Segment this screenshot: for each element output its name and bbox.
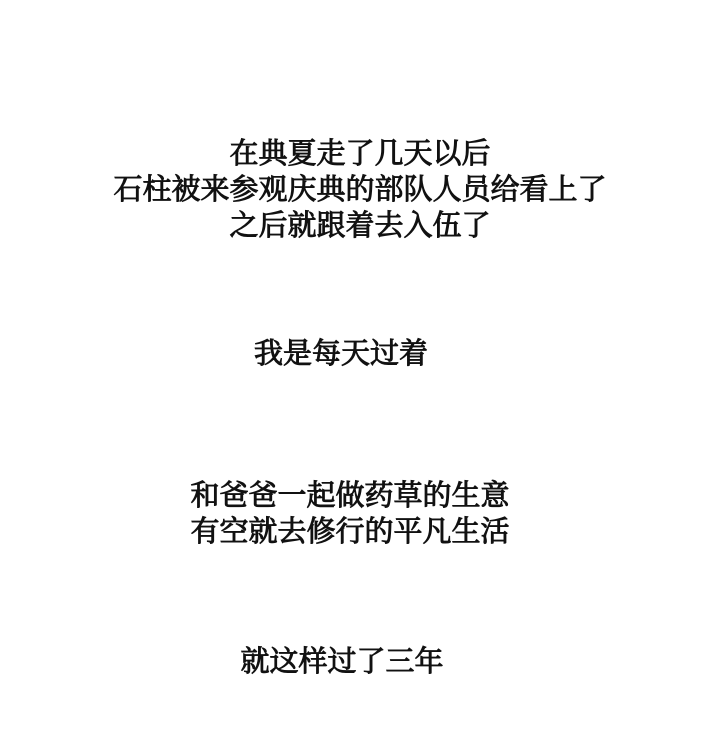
- caption-line: 就这样过了三年: [0, 643, 702, 679]
- caption-line: 有空就去修行的平凡生活: [0, 513, 710, 549]
- caption-line: 石柱被来参观庆典的部队人员给看上了: [0, 171, 720, 207]
- narration-caption-4: 就这样过了三年: [0, 643, 702, 679]
- caption-line: 之后就跟着去入伍了: [0, 207, 720, 243]
- comic-panel: 在典夏走了几天以后 石柱被来参观庆典的部队人员给看上了 之后就跟着去入伍了 我是…: [0, 0, 720, 737]
- narration-caption-2: 我是每天过着: [0, 335, 701, 371]
- caption-line: 在典夏走了几天以后: [0, 135, 720, 171]
- narration-caption-3: 和爸爸一起做药草的生意 有空就去修行的平凡生活: [0, 477, 710, 549]
- caption-line: 我是每天过着: [0, 335, 701, 371]
- narration-caption-1: 在典夏走了几天以后 石柱被来参观庆典的部队人员给看上了 之后就跟着去入伍了: [0, 135, 720, 243]
- caption-line: 和爸爸一起做药草的生意: [0, 477, 710, 513]
